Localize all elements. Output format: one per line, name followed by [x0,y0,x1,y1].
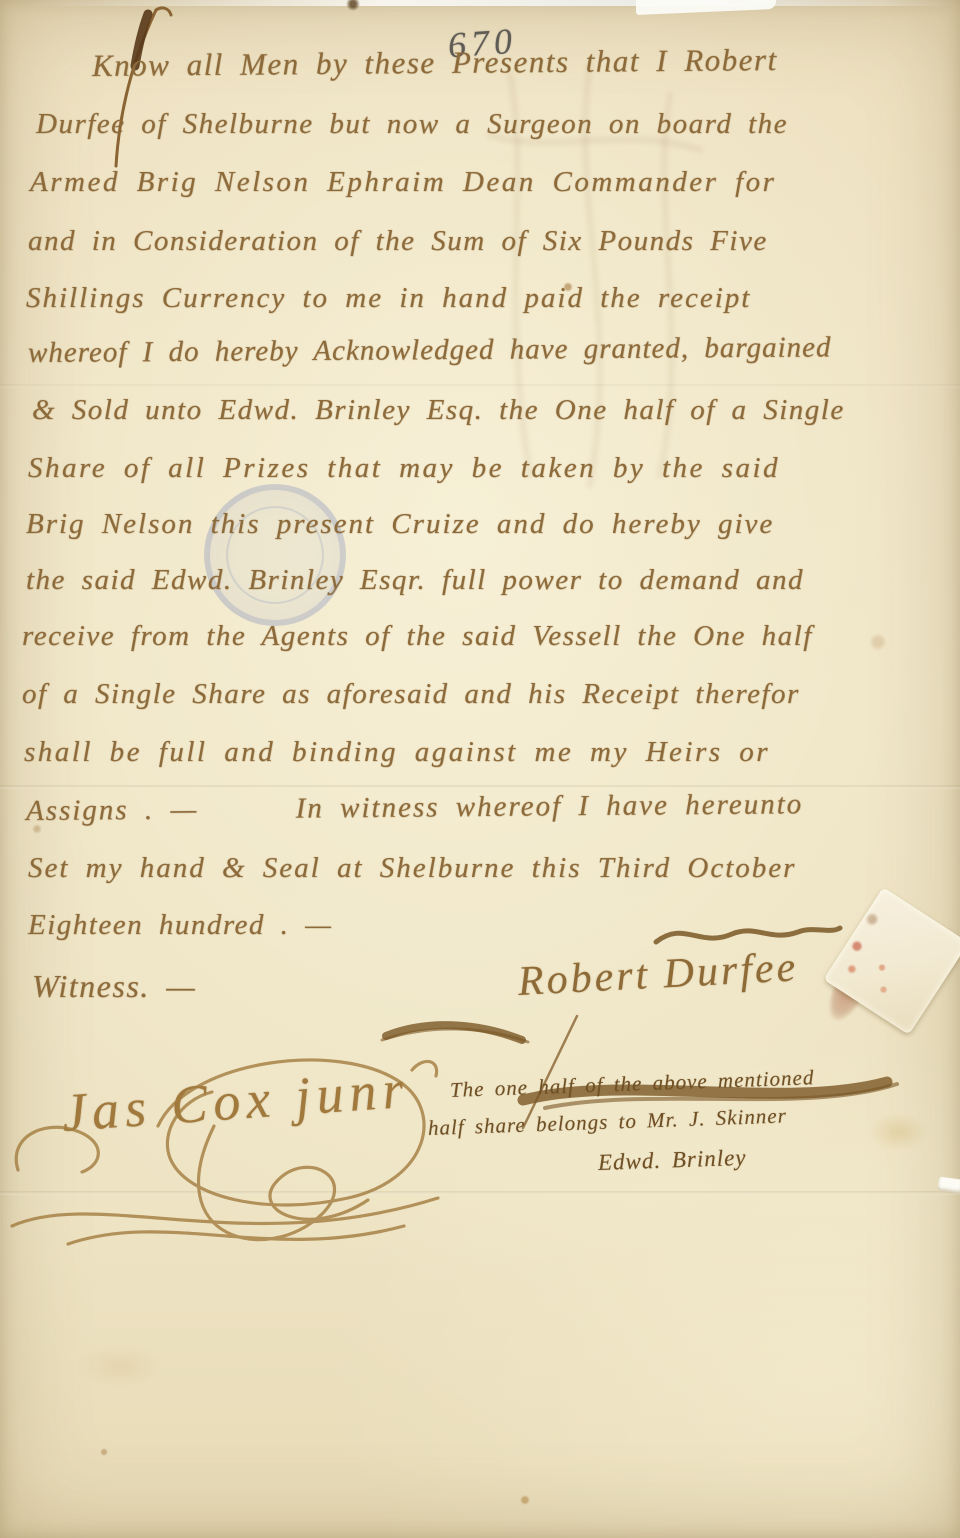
manuscript-line: Eighteen hundred . — [28,911,332,940]
manuscript-line: Assigns . — In witness whereof I have he… [26,790,803,826]
signature-robert-durfee: Robert Durfee [517,943,800,1006]
endorsement-line: Edwd. Brinley [598,1145,747,1176]
manuscript-line: and in Consideration of the Sum of Six P… [28,227,768,256]
manuscript-line: receive from the Agents of the said Vess… [22,622,813,651]
manuscript-line: & Sold unto Edwd. Brinley Esq. the One h… [32,396,845,425]
archive-stamp [204,484,346,626]
manuscript-line: Share of all Prizes that may be taken by… [28,454,780,483]
fold-crease [0,785,960,789]
pen-flourish-mark [92,4,182,174]
manuscript-line: Brig Nelson this present Cruize and do h… [26,510,774,539]
manuscript-line: whereof I do hereby Acknowledged have gr… [28,333,832,368]
witness-signature-flourish [8,1030,448,1280]
document-scan: 670 Know all Men by these Presents that … [0,0,960,1538]
manuscript-line: Shillings Currency to me in hand paid th… [26,284,751,313]
manuscript-line: of a Single Share as aforesaid and his R… [22,680,800,709]
manuscript-line: Know all Men by these Presents that I Ro… [92,44,778,81]
paper-corner-edge [636,0,776,15]
manuscript-line: the said Edwd. Brinley Esqr. full power … [26,566,804,595]
manuscript-line: Witness. — [32,970,196,1002]
manuscript-line: Set my hand & Seal at Shelburne this Thi… [28,854,796,883]
manuscript-line: Durfee of Shelburne but now a Surgeon on… [36,110,788,139]
manuscript-line: shall be full and binding against me my … [24,738,770,767]
manuscript-line: Armed Brig Nelson Ephraim Dean Commander… [30,168,776,197]
